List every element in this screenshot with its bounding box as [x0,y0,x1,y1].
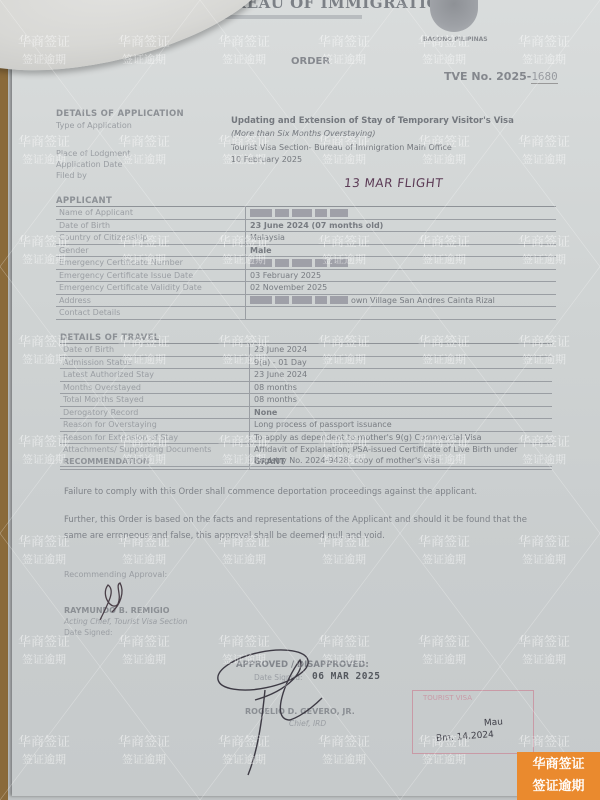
document-page: BUREAU OF IMMIGRATION BAGONG PILIPINAS O… [12,0,600,796]
row-value: 03 February 2025 [246,270,556,282]
table-row: Date of Birth23 June 2024 [60,344,552,357]
redaction-block [315,259,327,267]
approver-role: Chief, IRD [289,719,326,728]
application-date-label: Application Date [56,160,122,169]
row-value: 08 months [250,382,552,394]
redaction-block [275,296,289,304]
row-value: To apply as dependent to mother's 9(g) C… [250,432,552,444]
row-label: Contact Details [56,307,246,319]
redaction-block [250,259,272,267]
bagong-pilipinas-logo [430,0,478,32]
redaction-block [292,209,312,217]
table-row: Reason for Extension of StayTo apply as … [60,432,552,445]
table-row: Months Overstayed08 months [60,382,552,395]
redaction-block [330,259,348,267]
row-value: None [250,407,552,419]
table-row: Emergency Certificate Number [56,257,556,270]
row-label: Gender [56,245,246,257]
row-label: Emergency Certificate Issue Date [56,270,246,282]
table-row: Latest Authorized Stay23 June 2024 [60,369,552,382]
row-label: Emergency Certificate Number [56,257,246,269]
row-value [246,257,556,269]
row-value-text: own Village San Andres Cainta Rizal [351,296,495,305]
row-label: Address [56,295,246,307]
row-label: Admission Status [60,357,250,369]
row-label: Total Months Stayed [60,394,250,406]
recommendation-row: RECOMMENDATION GRANT [60,456,552,470]
stamp-handwriting-1: Mau [484,717,504,728]
handwritten-note: 13 MAR FLIGHT [343,176,444,190]
row-value [246,307,556,319]
row-value-text: 9(a) - 01 Day [254,358,307,367]
type-of-application-value: Updating and Extension of Stay of Tempor… [231,116,514,126]
redaction-block [250,296,272,304]
received-stamp: TOURIST VISA [412,690,534,754]
row-label: Emergency Certificate Validity Date [56,282,246,294]
recommendation-value: GRANT [250,456,552,469]
badge-line-2: 签证逾期 [517,776,600,798]
place-of-lodgment-label: Place of Lodgment [56,149,130,158]
row-value-text: 03 February 2025 [250,271,321,280]
redaction-block [330,296,348,304]
table-row: GenderMale [56,245,556,258]
recommendation-label: RECOMMENDATION [60,456,250,469]
agency-subtitle-line [212,15,362,19]
recommender-date-label: Date Signed: [64,628,113,637]
row-value [246,207,556,219]
row-value: Long process of passport issuance [250,419,552,431]
applicant-table: Name of ApplicantDate of Birth23 June 20… [56,206,556,320]
recommender-name: RAYMUNDO B. REMIGIO [64,606,170,615]
row-value-text: None [254,408,277,417]
filed-by-label: Filed by [56,171,87,180]
travel-table: Date of Birth23 June 2024Admission Statu… [60,343,552,467]
details-of-travel-heading: DETAILS OF TRAVEL [60,333,159,343]
row-label: Name of Applicant [56,207,246,219]
row-label: Country of Citizenship [56,232,246,244]
row-value: Male [246,245,556,257]
redaction-block [275,259,289,267]
approver-name: ROGELIO D. GEVERO, JR. [245,707,355,716]
row-value-text: 02 November 2025 [250,283,327,292]
application-date-value: 10 February 2025 [231,155,302,164]
row-value: 23 June 2024 [250,344,552,356]
logo-caption: BAGONG PILIPINAS [423,36,488,43]
approval-status: APPROVED / DISAPPROVED: [236,660,369,670]
table-row: Emergency Certificate Issue Date03 Febru… [56,270,556,283]
row-value-text: 08 months [254,383,297,392]
row-label: Months Overstayed [60,382,250,394]
row-value-text: 08 months [254,395,297,404]
redaction-block [275,209,289,217]
recommender-role: Acting Chief, Tourist Visa Section [64,617,188,626]
row-value-text: 23 June 2024 (07 months old) [250,221,383,230]
validity-paragraph: Further, this Order is based on the fact… [64,512,544,544]
redaction-block [330,209,348,217]
watermark-badge: 华商签证 签证逾期 [517,752,600,800]
row-value: 23 June 2024 (07 months old) [246,220,556,232]
table-row: Admission Status9(a) - 01 Day [60,357,552,370]
row-label: Derogatory Record [60,407,250,419]
compliance-paragraph: Failure to comply with this Order shall … [64,484,544,500]
table-row: Date of Birth23 June 2024 (07 months old… [56,220,556,233]
row-label: Latest Authorized Stay [60,369,250,381]
tve-prefix: TVE No. 2025- [444,70,531,83]
place-of-lodgment-value: Tourist Visa Section- Bureau of Immigrat… [231,143,452,152]
tve-number: TVE No. 2025-1680 [444,70,558,83]
table-row: Contact Details [56,307,556,320]
row-value: 08 months [250,394,552,406]
redaction-block [292,296,312,304]
row-value-text: Malaysia [250,233,285,242]
table-row: Name of Applicant [56,207,556,220]
redaction-block [292,259,312,267]
table-row: Derogatory RecordNone [60,407,552,420]
applicant-heading: APPLICANT [56,196,112,206]
row-label: Date of Birth [60,344,250,356]
row-label: Reason for Overstaying [60,419,250,431]
table-row: Country of CitizenshipMalaysia [56,232,556,245]
row-value: Malaysia [246,232,556,244]
table-row: Addressown Village San Andres Cainta Riz… [56,295,556,308]
row-value-text: Male [250,246,272,255]
stamp-title: TOURIST VISA [423,694,472,702]
redaction-block [315,209,327,217]
tve-serial: 1680 [531,70,558,84]
row-value: own Village San Andres Cainta Rizal [246,295,556,307]
row-value-text: Long process of passport issuance [254,420,392,429]
badge-line-1: 华商签证 [517,754,600,776]
approval-date-label: Date Signed: [254,673,303,682]
row-value: 9(a) - 01 Day [250,357,552,369]
details-of-application-heading: DETAILS OF APPLICATION [56,109,184,119]
redaction-block [250,209,272,217]
recommending-approval-label: Recommending Approval: [64,570,167,579]
redaction-block [315,296,327,304]
row-value: 02 November 2025 [246,282,556,294]
row-label: Reason for Extension of Stay [60,432,250,444]
row-value-text: To apply as dependent to mother's 9(g) C… [254,433,481,442]
row-label: Date of Birth [56,220,246,232]
approval-date: 06 MAR 2025 [312,671,380,682]
type-of-application-label: Type of Application [56,121,132,130]
type-of-application-note: (More than Six Months Overstaying) [231,129,375,138]
table-row: Total Months Stayed08 months [60,394,552,407]
row-value-text: 23 June 2024 [254,345,307,354]
document-type: ORDER [291,56,330,67]
row-value: 23 June 2024 [250,369,552,381]
table-row: Reason for OverstayingLong process of pa… [60,419,552,432]
row-value-text: 23 June 2024 [254,370,307,379]
table-row: Emergency Certificate Validity Date02 No… [56,282,556,295]
